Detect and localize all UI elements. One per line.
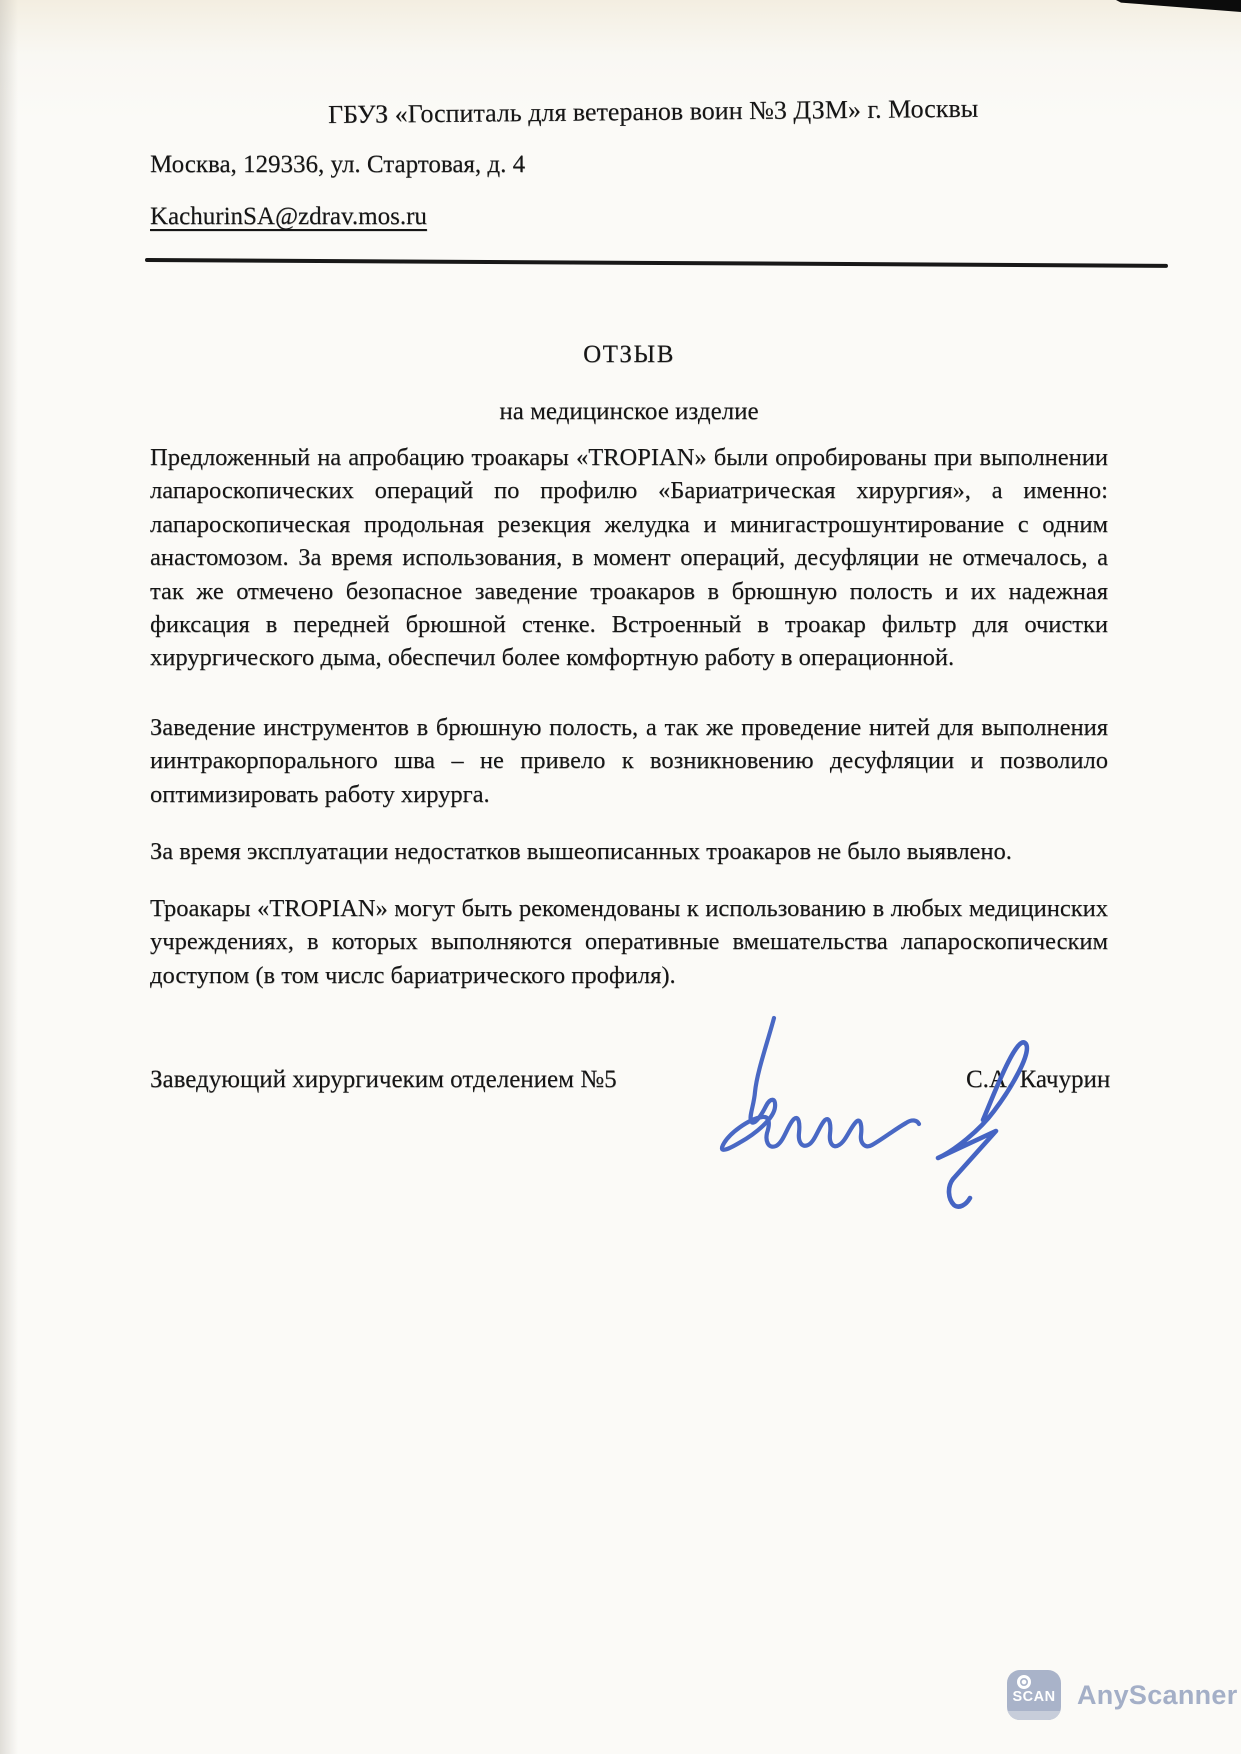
scanned-document-page: ГБУЗ «Госпиталь для ветеранов воин №3 ДЗ… — [0, 0, 1241, 1754]
org-name: ГБУЗ «Госпиталь для ветеранов воин №3 ДЗ… — [328, 94, 978, 130]
header-divider — [145, 258, 1168, 268]
scan-icon-label: SCAN — [1007, 1689, 1061, 1705]
paragraph-3: За время эксплуатации недостатков вышеоп… — [150, 835, 1108, 868]
anyscanner-watermark: SCAN AnyScanner — [1007, 1670, 1238, 1720]
scanner-bed-strip — [1007, 1711, 1061, 1720]
document-subtitle: на медицинское изделие — [150, 398, 1108, 426]
document-title: ОТЗЫВ — [150, 341, 1108, 369]
camera-lens-icon — [1017, 1675, 1031, 1689]
org-email: KachurinSA@zdrav.mos.ru — [150, 203, 427, 231]
signer-position: Заведующий хирургичеким отделением №5 — [150, 1066, 617, 1094]
paragraph-2: Заведение инструментов в брюшную полость… — [150, 711, 1108, 811]
watermark-app-name: AnyScanner — [1077, 1680, 1238, 1711]
scan-edge-artifact-icon — [1116, 0, 1241, 12]
paragraph-1: Предложенный на апробацию троакары «TROP… — [150, 441, 1108, 675]
handwritten-signature — [695, 1002, 1045, 1220]
paragraph-4: Троакары «TROPIAN» могут быть рекомендов… — [150, 892, 1108, 992]
scan-app-icon: SCAN — [1007, 1670, 1061, 1720]
org-address: Москва, 129336, ул. Стартовая, д. 4 — [150, 151, 525, 179]
